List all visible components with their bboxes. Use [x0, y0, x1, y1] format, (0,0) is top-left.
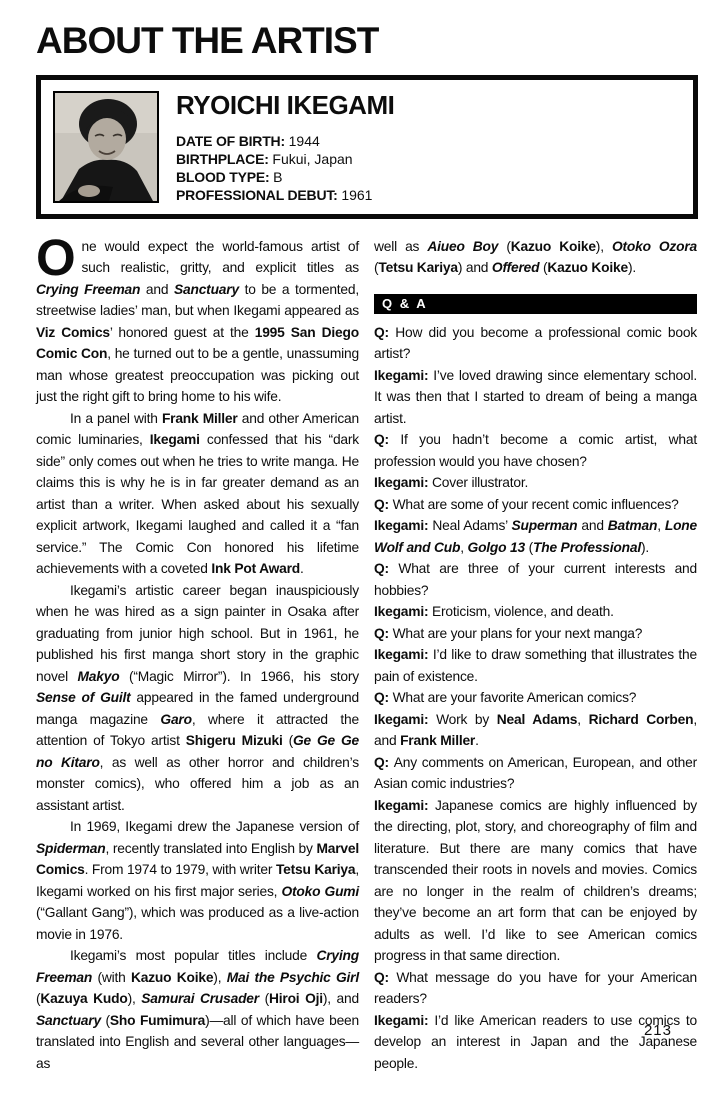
- text-run: Batman: [608, 518, 657, 533]
- profile-field-row: PROFESSIONAL DEBUT1961: [176, 186, 681, 204]
- text-run: ),: [213, 970, 226, 985]
- qa-item: QWhat are your plans for your next manga…: [374, 623, 697, 688]
- text-run: Sho Fumimura: [110, 1013, 205, 1028]
- bio-paragraph-4-text: In 1969, Ikegami drew the Japanese versi…: [36, 819, 359, 942]
- text-run: ).: [641, 540, 649, 555]
- text-run: (“Gallant Gang”), which was produced as …: [36, 905, 359, 942]
- qa-question-text: What message do you have for your Americ…: [374, 970, 697, 1007]
- bio-paragraph-4: In 1969, Ikegami drew the Japanese versi…: [36, 816, 359, 945]
- text-run: (: [498, 239, 511, 254]
- text-run: (: [525, 540, 533, 555]
- text-run: Work by: [436, 712, 497, 727]
- text-run: The Professional: [533, 540, 641, 555]
- qa-section-header: Q & A: [374, 294, 697, 314]
- qa-question-label: Q: [374, 561, 398, 576]
- text-run: Kazuo Koike: [131, 970, 213, 985]
- dropcap-letter: O: [36, 239, 75, 277]
- text-run: Richard Corben: [589, 712, 694, 727]
- text-run: ,: [460, 540, 467, 555]
- qa-question: QWhat message do you have for your Ameri…: [374, 967, 697, 1010]
- qa-item: QIf you hadn’t become a comic artist, wh…: [374, 429, 697, 494]
- text-run: Neal Adams: [497, 712, 578, 727]
- qa-answer: IkegamiI’d like American readers to use …: [374, 1010, 697, 1075]
- text-run: Mai the Psychic Girl: [227, 970, 359, 985]
- profile-field-value: 1944: [289, 133, 320, 149]
- text-run: Sense of Guilt: [36, 690, 131, 705]
- article-columns: One would expect the world-famous artist…: [36, 236, 698, 1075]
- bio-paragraph-1-text: ne would expect the world-famous artist …: [36, 239, 359, 405]
- text-run: ),: [128, 991, 142, 1006]
- right-column: well as Aiueo Boy (Kazuo Koike), Otoko O…: [374, 236, 697, 1075]
- qa-question-text: What are some of your recent comic influ…: [393, 497, 679, 512]
- text-run: Sanctuary: [36, 1013, 101, 1028]
- text-run: Shigeru Mizuki: [186, 733, 283, 748]
- text-run: and: [140, 282, 174, 297]
- qa-item: QWhat are some of your recent comic infl…: [374, 494, 697, 559]
- text-run: Hiroi Oji: [269, 991, 323, 1006]
- text-run: Frank Miller: [162, 411, 238, 426]
- text-run: Superman: [512, 518, 578, 533]
- qa-question-text: What are your plans for your next manga?: [393, 626, 643, 641]
- qa-question: QWhat are your plans for your next manga…: [374, 623, 697, 645]
- qa-question-label: Q: [374, 755, 394, 770]
- qa-answer-label: Ikegami: [374, 798, 435, 813]
- text-run: Neal Adams’: [432, 518, 511, 533]
- text-run: Otoko Gumi: [282, 884, 360, 899]
- artist-info: RYOICHI IKEGAMI DATE OF BIRTH1944 BIRTHP…: [176, 90, 681, 204]
- text-run: Garo: [160, 712, 191, 727]
- text-run: ).: [628, 260, 636, 275]
- qa-item: QWhat are three of your current interest…: [374, 558, 697, 623]
- profile-field-value: 1961: [341, 187, 372, 203]
- artist-photo: [53, 91, 159, 203]
- bio-paragraph-3-text: Ikegami’s artistic career began inauspic…: [36, 583, 359, 813]
- qa-answer-text: Cover illustrator.: [432, 475, 528, 490]
- text-run: Offered: [492, 260, 539, 275]
- bio-paragraph-5: Ikegami’s most popular titles include Cr…: [36, 945, 359, 1074]
- text-run: Aiueo Boy: [427, 239, 498, 254]
- text-run: Kazuo Koike: [511, 239, 596, 254]
- text-run: Tetsu Kariya: [378, 260, 457, 275]
- bio-paragraph-3: Ikegami’s artistic career began inauspic…: [36, 580, 359, 817]
- bio-paragraph-5-text: Ikegami’s most popular titles include Cr…: [36, 948, 359, 1071]
- qa-answer-label: Ikegami: [374, 368, 433, 383]
- profile-field-label: DATE OF BIRTH: [176, 133, 289, 149]
- profile-field-row: BIRTHPLACEFukui, Japan: [176, 150, 681, 168]
- qa-question-label: Q: [374, 325, 395, 340]
- bio-paragraph-1: One would expect the world-famous artist…: [36, 236, 359, 408]
- artist-profile-box: RYOICHI IKEGAMI DATE OF BIRTH1944 BIRTHP…: [36, 75, 698, 219]
- text-run: Viz Comics: [36, 325, 110, 340]
- qa-answer-label: Ikegami: [374, 1013, 434, 1028]
- qa-question-text: Any comments on American, European, and …: [374, 755, 697, 792]
- text-run: (“Magic Mirror”). In 1966, his story: [119, 669, 359, 684]
- page-title: ABOUT THE ARTIST: [36, 22, 698, 61]
- text-run: well as: [374, 239, 427, 254]
- text-run: ) and: [458, 260, 492, 275]
- profile-fields: DATE OF BIRTH1944 BIRTHPLACEFukui, Japan…: [176, 132, 681, 204]
- text-run: ), and: [323, 991, 359, 1006]
- qa-question: QWhat are some of your recent comic infl…: [374, 494, 697, 516]
- profile-field-value: B: [273, 169, 282, 185]
- qa-answer: IkegamiEroticism, violence, and death.: [374, 601, 697, 623]
- profile-field-row: BLOOD TYPEB: [176, 168, 681, 186]
- qa-question: QIf you hadn’t become a comic artist, wh…: [374, 429, 697, 472]
- qa-question-text: What are three of your current interests…: [374, 561, 697, 598]
- text-run: ,: [577, 712, 588, 727]
- text-run: Tetsu Kariya: [276, 862, 355, 877]
- text-run: Crying Freeman: [36, 282, 140, 297]
- text-run: Ikegami: [150, 432, 200, 447]
- text-run: Samurai Crusader: [141, 991, 259, 1006]
- text-run: and: [577, 518, 607, 533]
- text-run: Golgo 13: [468, 540, 525, 555]
- magazine-page: ABOUT THE ARTIST RYOICHI IKEGAMI: [0, 0, 728, 1100]
- text-run: confessed that his “dark side” only come…: [36, 432, 359, 576]
- qa-answer-label: Ikegami: [374, 475, 432, 490]
- qa-answer: IkegamiI’d like to draw something that i…: [374, 644, 697, 687]
- text-run: (with: [92, 970, 131, 985]
- qa-question-text: What are your favorite American comics?: [393, 690, 637, 705]
- text-run: .: [475, 733, 479, 748]
- profile-field-value: Fukui, Japan: [272, 151, 352, 167]
- qa-answer: IkegamiNeal Adams’ Superman and Batman, …: [374, 515, 697, 558]
- profile-field-row: DATE OF BIRTH1944: [176, 132, 681, 150]
- text-run: .: [300, 561, 304, 576]
- artist-name: RYOICHI IKEGAMI: [176, 90, 681, 121]
- qa-item: QWhat are your favorite American comics?…: [374, 687, 697, 752]
- qa-answer-label: Ikegami: [374, 518, 432, 533]
- bio-paragraph-2-text: In a panel with Frank Miller and other A…: [36, 411, 359, 577]
- text-run: ),: [596, 239, 612, 254]
- left-column: One would expect the world-famous artist…: [36, 236, 359, 1075]
- qa-question: QWhat are three of your current interest…: [374, 558, 697, 601]
- text-run: (: [101, 1013, 110, 1028]
- qa-question: QWhat are your favorite American comics?: [374, 687, 697, 709]
- qa-answer-label: Ikegami: [374, 712, 436, 727]
- qa-answer: IkegamiCover illustrator.: [374, 472, 697, 494]
- text-run: In a panel with: [70, 411, 162, 426]
- text-run: Spiderman: [36, 841, 106, 856]
- profile-field-label: PROFESSIONAL DEBUT: [176, 187, 341, 203]
- bio-paragraph-2: In a panel with Frank Miller and other A…: [36, 408, 359, 580]
- artist-portrait-illustration: [55, 93, 157, 201]
- qa-answer-label: Ikegami: [374, 647, 433, 662]
- qa-answer-label: Ikegami: [374, 604, 432, 619]
- text-run: ne would expect the world-famous artist …: [81, 239, 359, 276]
- qa-item: QWhat message do you have for your Ameri…: [374, 967, 697, 1075]
- text-run: Ink Pot Award: [211, 561, 300, 576]
- text-run: Makyo: [78, 669, 120, 684]
- qa-question-label: Q: [374, 432, 400, 447]
- text-run: Frank Miller: [400, 733, 475, 748]
- qa-answer: IkegamiJapanese comics are highly influe…: [374, 795, 697, 967]
- qa-answer: IkegamiI’ve loved drawing since elementa…: [374, 365, 697, 430]
- profile-field-label: BLOOD TYPE: [176, 169, 273, 185]
- qa-answer-text: Japanese comics are highly influenced by…: [374, 798, 697, 964]
- qa-question-label: Q: [374, 970, 396, 985]
- text-run: Sanctuary: [174, 282, 239, 297]
- qa-question-label: Q: [374, 497, 393, 512]
- profile-field-label: BIRTHPLACE: [176, 151, 272, 167]
- bio-paragraph-continuation-text: well as Aiueo Boy (Kazuo Koike), Otoko O…: [374, 239, 697, 276]
- bio-paragraph-continuation: well as Aiueo Boy (Kazuo Koike), Otoko O…: [374, 236, 697, 279]
- text-run: ’ honored guest at the: [110, 325, 255, 340]
- qa-question-label: Q: [374, 626, 393, 641]
- text-run: In 1969, Ikegami drew the Japanese versi…: [70, 819, 359, 834]
- qa-question-label: Q: [374, 690, 393, 705]
- qa-question: QHow did you become a professional comic…: [374, 322, 697, 365]
- qa-list: QHow did you become a professional comic…: [374, 322, 697, 1075]
- qa-answer-text: Eroticism, violence, and death.: [432, 604, 614, 619]
- text-run: Kazuo Koike: [547, 260, 628, 275]
- qa-question: QAny comments on American, European, and…: [374, 752, 697, 795]
- qa-question-text: How did you become a professional comic …: [374, 325, 697, 362]
- qa-item: QHow did you become a professional comic…: [374, 322, 697, 430]
- qa-answer: IkegamiWork by Neal Adams, Richard Corbe…: [374, 709, 697, 752]
- page-number: 213: [644, 1022, 672, 1039]
- text-run: Kazuya Kudo: [40, 991, 127, 1006]
- qa-question-text: If you hadn’t become a comic artist, wha…: [374, 432, 697, 469]
- text-run: ,: [657, 518, 665, 533]
- text-run: (: [259, 991, 269, 1006]
- text-run: Otoko Ozora: [612, 239, 697, 254]
- qa-item: QAny comments on American, European, and…: [374, 752, 697, 967]
- text-run: (: [283, 733, 293, 748]
- text-run: , recently translated into English by: [106, 841, 317, 856]
- text-run: Ikegami’s most popular titles include: [70, 948, 317, 963]
- text-run: . From 1974 to 1979, with writer: [85, 862, 276, 877]
